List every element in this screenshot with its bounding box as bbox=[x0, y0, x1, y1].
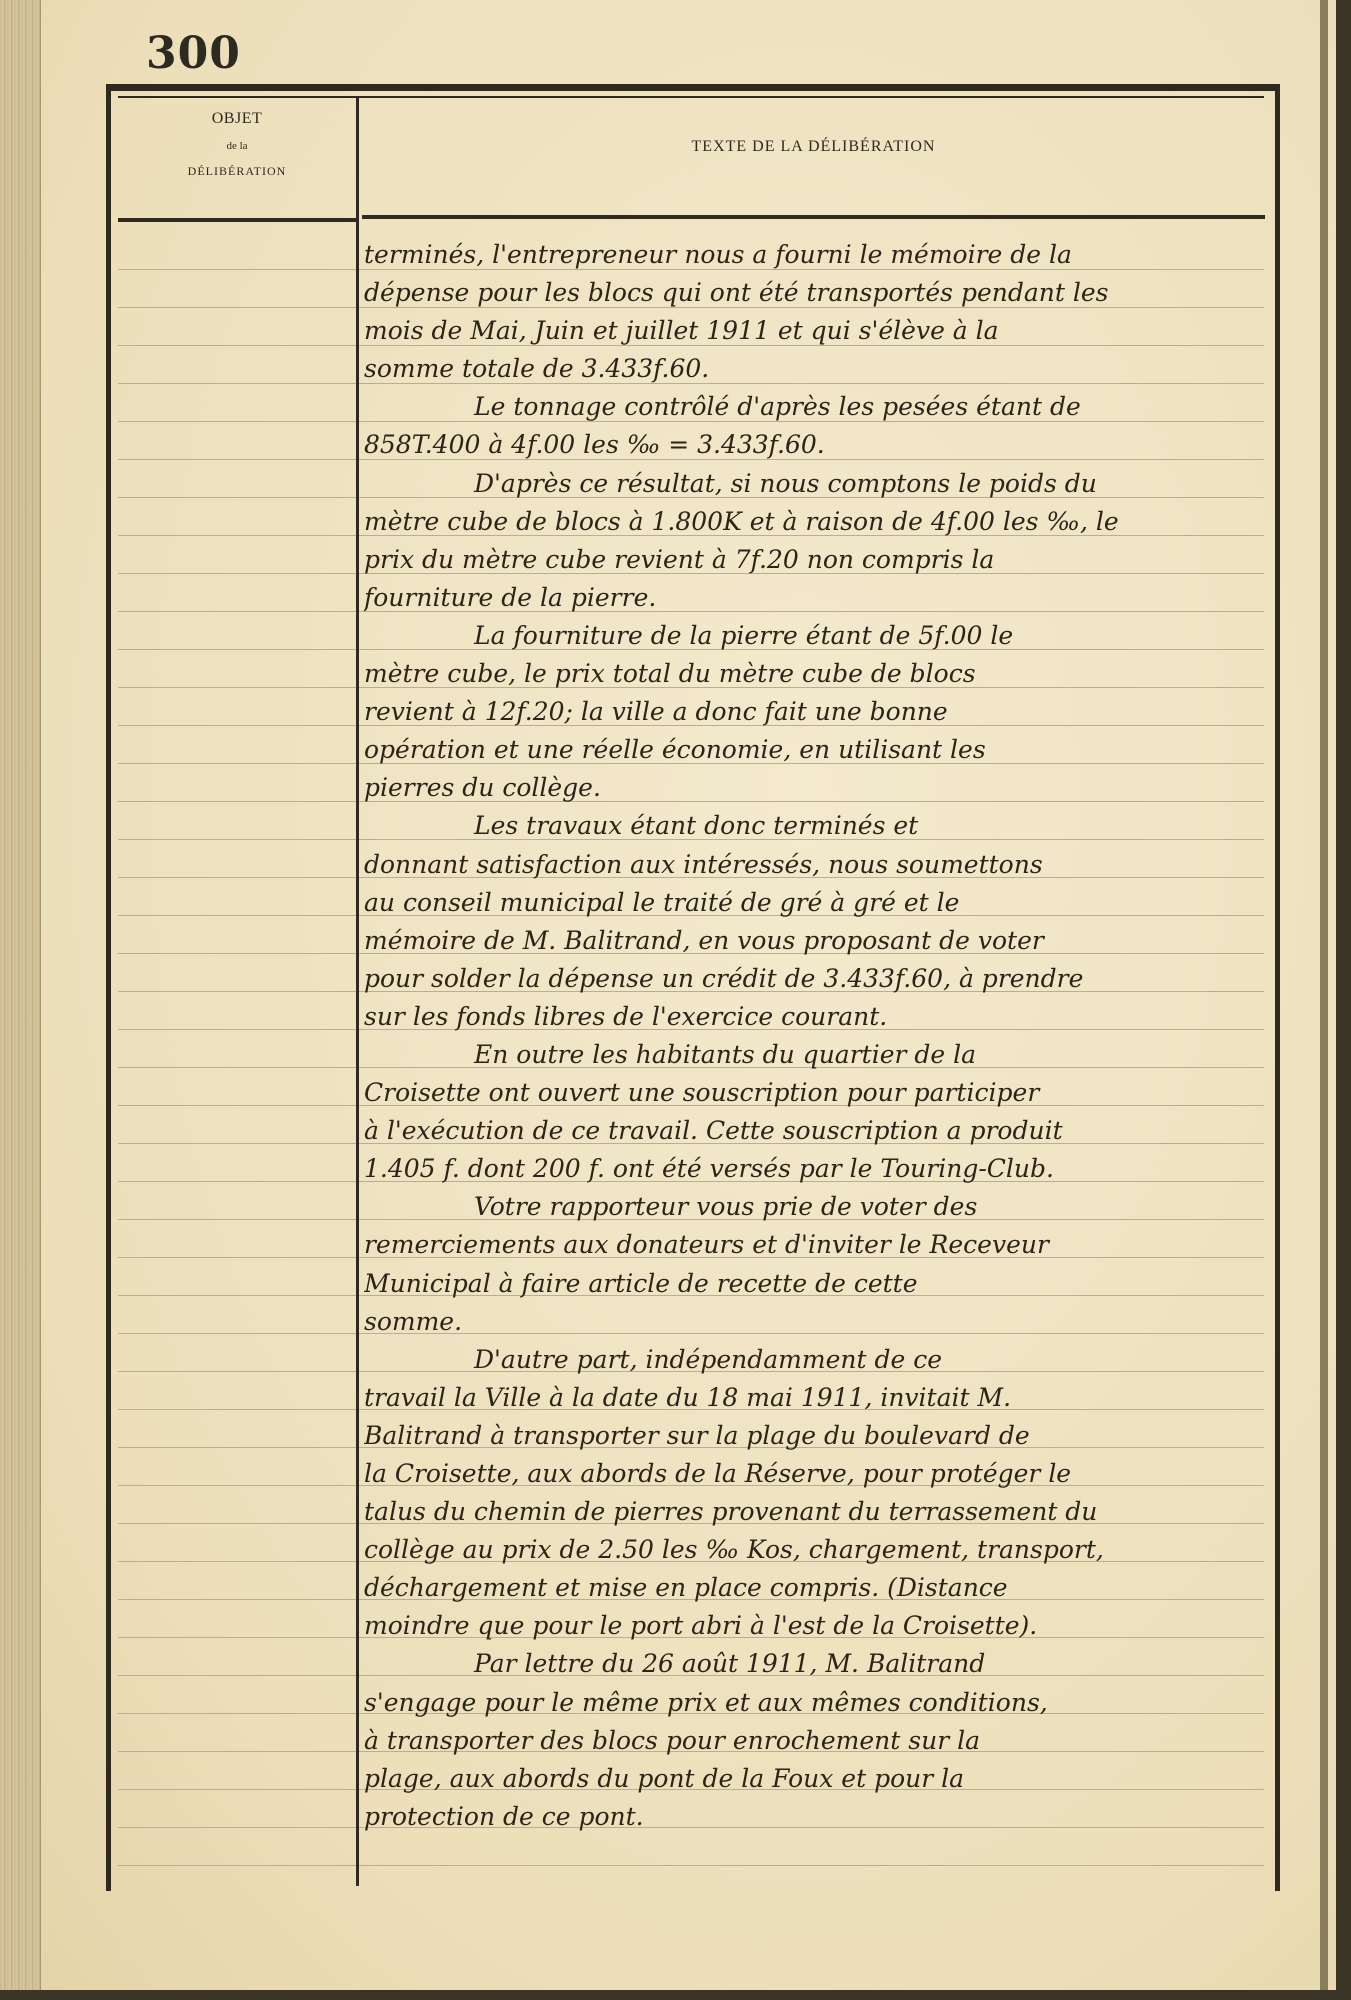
text-line: pour solder la dépense un crédit de 3.43… bbox=[364, 960, 1264, 998]
ledger-page: 300 OBJET de la DÉLIBÉRATION TEXTE DE LA… bbox=[0, 0, 1336, 1990]
text-line: s'engage pour le même prix et aux mêmes … bbox=[364, 1684, 1264, 1722]
header-rule-objet bbox=[118, 218, 356, 222]
text-line: pierres du collège. bbox=[364, 769, 1264, 807]
text-line: 858T.400 à 4f.00 les ‰ = 3.433f.60. bbox=[364, 426, 1264, 464]
texte-column-header: TEXTE DE LA DÉLIBÉRATION bbox=[362, 138, 1265, 156]
text-line: donnant satisfaction aux intéressés, nou… bbox=[364, 846, 1264, 884]
text-line: mémoire de M. Balitrand, en vous proposa… bbox=[364, 922, 1264, 960]
text-line: collège au prix de 2.50 les ‰ Kos, charg… bbox=[364, 1531, 1264, 1569]
text-line: 1.405 f. dont 200 f. ont été versés par … bbox=[364, 1150, 1264, 1188]
text-line: mètre cube, le prix total du mètre cube … bbox=[364, 655, 1264, 693]
objet-column-header: OBJET de la DÉLIBÉRATION bbox=[118, 110, 356, 179]
text-line: D'après ce résultat, si nous comptons le… bbox=[364, 465, 1264, 503]
objet-header-line3: DÉLIBÉRATION bbox=[118, 164, 356, 179]
text-line: La fourniture de la pierre étant de 5f.0… bbox=[364, 617, 1264, 655]
text-line: travail la Ville à la date du 18 mai 191… bbox=[364, 1379, 1264, 1417]
header-rule-texte bbox=[362, 215, 1265, 219]
text-line: somme. bbox=[364, 1303, 1264, 1341]
objet-column-body bbox=[118, 232, 354, 1882]
text-line: dépense pour les blocs qui ont été trans… bbox=[364, 274, 1264, 312]
text-line: au conseil municipal le traité de gré à … bbox=[364, 884, 1264, 922]
text-line: Votre rapporteur vous prie de voter des bbox=[364, 1188, 1264, 1226]
frame-inner-rule bbox=[118, 96, 1264, 98]
objet-header-line2: de la bbox=[118, 140, 356, 152]
text-line: mètre cube de blocs à 1.800K et à raison… bbox=[364, 503, 1264, 541]
text-line: Balitrand à transporter sur la plage du … bbox=[364, 1417, 1264, 1455]
text-line: opération et une réelle économie, en uti… bbox=[364, 731, 1264, 769]
text-line: revient à 12f.20; la ville a donc fait u… bbox=[364, 693, 1264, 731]
text-line: à l'exécution de ce travail. Cette sousc… bbox=[364, 1112, 1264, 1150]
text-line: sur les fonds libres de l'exercice coura… bbox=[364, 998, 1264, 1036]
text-line: à transporter des blocs pour enrochement… bbox=[364, 1722, 1264, 1760]
column-divider bbox=[356, 98, 359, 1886]
text-line: prix du mètre cube revient à 7f.20 non c… bbox=[364, 541, 1264, 579]
text-line: plage, aux abords du pont de la Foux et … bbox=[364, 1760, 1264, 1798]
text-line: mois de Mai, Juin et juillet 1911 et qui… bbox=[364, 312, 1264, 350]
text-line: Le tonnage contrôlé d'après les pesées é… bbox=[364, 388, 1264, 426]
text-line: la Croisette, aux abords de la Réserve, … bbox=[364, 1455, 1264, 1493]
text-line: déchargement et mise en place compris. (… bbox=[364, 1569, 1264, 1607]
text-line: somme totale de 3.433f.60. bbox=[364, 350, 1264, 388]
text-line: Croisette ont ouvert une souscription po… bbox=[364, 1074, 1264, 1112]
page-number: 300 bbox=[146, 28, 241, 79]
text-line: talus du chemin de pierres provenant du … bbox=[364, 1493, 1264, 1531]
deliberation-text: terminés, l'entrepreneur nous a fourni l… bbox=[364, 236, 1264, 1836]
objet-header-line1: OBJET bbox=[118, 110, 356, 128]
text-line: Par lettre du 26 août 1911, M. Balitrand bbox=[364, 1645, 1264, 1683]
binding-edge bbox=[1320, 0, 1328, 1990]
text-line: moindre que pour le port abri à l'est de… bbox=[364, 1607, 1264, 1645]
text-line: protection de ce pont. bbox=[364, 1798, 1264, 1836]
text-line: fourniture de la pierre. bbox=[364, 579, 1264, 617]
text-line: D'autre part, indépendamment de ce bbox=[364, 1341, 1264, 1379]
text-line: En outre les habitants du quartier de la bbox=[364, 1036, 1264, 1074]
text-line: terminés, l'entrepreneur nous a fourni l… bbox=[364, 236, 1264, 274]
page-stack-edge bbox=[0, 0, 41, 1990]
text-line: Les travaux étant donc terminés et bbox=[364, 807, 1264, 845]
text-line: remerciements aux donateurs et d'inviter… bbox=[364, 1226, 1264, 1264]
text-line: Municipal à faire article de recette de … bbox=[364, 1265, 1264, 1303]
